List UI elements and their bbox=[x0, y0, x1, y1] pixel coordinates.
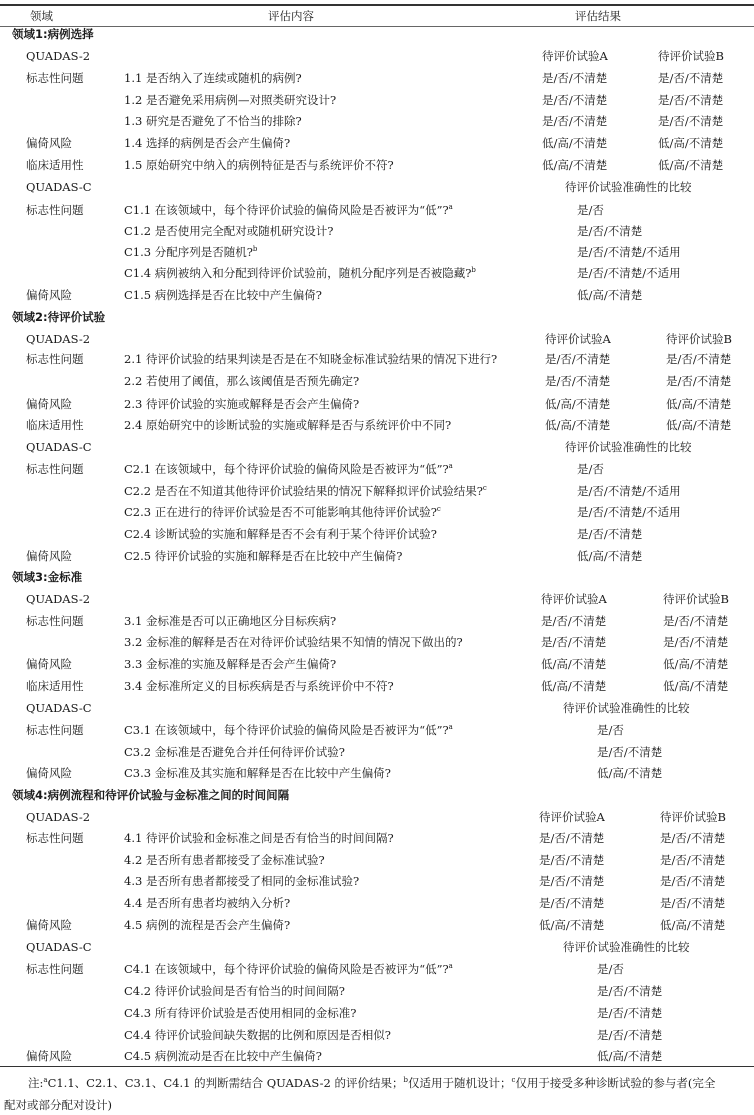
question-text: C1.2 是否使用完全配对或随机研究设计? bbox=[124, 221, 333, 241]
table-row: 偏倚风险 C2.5 待评价试验的实施和解释是否在比较中产生偏倚? 低/高/不清楚 bbox=[0, 546, 754, 566]
answer-b: 低/高/不清楚 bbox=[658, 133, 723, 153]
question-text: 2.3 待评价试验的实施或解释是否会产生偏倚? bbox=[124, 394, 359, 414]
column-comparison: 待评价试验准确性的比较 bbox=[563, 698, 690, 718]
tool-label: QUADAS-2 bbox=[26, 329, 90, 349]
column-test-a: 待评价试验A bbox=[539, 807, 605, 827]
table-row: 标志性问题 4.1 待评价试验和金标准之间是否有恰当的时间间隔? 是/否/不清楚… bbox=[0, 828, 754, 848]
table-row: 3.2 金标准的解释是否在对待评价试验结果不知情的情况下做出的? 是/否/不清楚… bbox=[0, 632, 754, 652]
table-row: C3.2 金标准是否避免合并任何待评价试验? 是/否/不清楚 bbox=[0, 742, 754, 762]
answer-comparison: 是/否 bbox=[597, 959, 624, 979]
question-text: C1.5 病例选择是否在比较中产生偏倚? bbox=[124, 285, 322, 305]
table-row: 临床适用性 3.4 金标准所定义的目标疾病是否与系统评价中不符? 低/高/不清楚… bbox=[0, 676, 754, 696]
domain-2-quadasc-row: QUADAS-C 待评价试验准确性的比较 bbox=[0, 437, 754, 457]
table-row: C2.4 诊断试验的实施和解释是否不会有利于某个待评价试验? 是/否/不清楚 bbox=[0, 524, 754, 544]
domain-4-quadasc-row: QUADAS-C 待评价试验准确性的比较 bbox=[0, 937, 754, 957]
column-comparison: 待评价试验准确性的比较 bbox=[565, 177, 692, 197]
question-text: C1.4 病例被纳入和分配到待评价试验前，随机分配序列是否被隐藏?b bbox=[124, 263, 476, 283]
domain-title: 领域2:待评价试验 bbox=[12, 307, 105, 327]
answer-a: 低/高/不清楚 bbox=[542, 133, 607, 153]
header-domain: 领域 bbox=[30, 6, 53, 26]
table-row: 临床适用性 2.4 原始研究中的诊断试验的实施或解释是否与系统评价中不同? 低/… bbox=[0, 415, 754, 435]
answer-a: 低/高/不清楚 bbox=[539, 915, 604, 935]
answer-a: 是/否/不清楚 bbox=[539, 893, 604, 913]
answer-a: 是/否/不清楚 bbox=[539, 871, 604, 891]
table-row: 偏倚风险 4.5 病例的流程是否会产生偏倚? 低/高/不清楚 低/高/不清楚 bbox=[0, 915, 754, 935]
question-text: 4.1 待评价试验和金标准之间是否有恰当的时间间隔? bbox=[124, 828, 394, 848]
question-text: 1.5 原始研究中纳入的病例特征是否与系统评价不符? bbox=[124, 155, 394, 175]
category-label: 标志性问题 bbox=[26, 959, 84, 979]
category-label: 标志性问题 bbox=[26, 200, 84, 220]
answer-comparison: 是/否 bbox=[577, 459, 604, 479]
answer-b: 低/高/不清楚 bbox=[660, 915, 725, 935]
question-text: C4.2 待评价试验间是否有恰当的时间间隔? bbox=[124, 981, 345, 1001]
answer-a: 是/否/不清楚 bbox=[542, 68, 607, 88]
category-label: 偏倚风险 bbox=[26, 546, 72, 566]
table-row: C1.3 分配序列是否随机?b 是/否/不清楚/不适用 bbox=[0, 242, 754, 262]
table-row: 偏倚风险 C1.5 病例选择是否在比较中产生偏倚? 低/高/不清楚 bbox=[0, 285, 754, 305]
question-text: C3.3 金标准及其实施和解释是否在比较中产生偏倚? bbox=[124, 763, 391, 783]
answer-b: 低/高/不清楚 bbox=[666, 415, 731, 435]
tool-label: QUADAS-C bbox=[26, 698, 92, 718]
answer-a: 是/否/不清楚 bbox=[541, 611, 606, 631]
category-label: 偏倚风险 bbox=[26, 285, 72, 305]
domain-3-quadasc-row: QUADAS-C 待评价试验准确性的比较 bbox=[0, 698, 754, 718]
answer-a: 低/高/不清楚 bbox=[541, 676, 606, 696]
answer-a: 低/高/不清楚 bbox=[542, 155, 607, 175]
question-text: 1.2 是否避免采用病例—对照类研究设计? bbox=[124, 90, 336, 110]
answer-a: 是/否/不清楚 bbox=[545, 349, 610, 369]
answer-b: 是/否/不清楚 bbox=[660, 828, 725, 848]
table-row: 临床适用性 1.5 原始研究中纳入的病例特征是否与系统评价不符? 低/高/不清楚… bbox=[0, 155, 754, 175]
header-content: 评估内容 bbox=[268, 6, 314, 26]
column-test-a: 待评价试验A bbox=[541, 589, 607, 609]
category-label: 偏倚风险 bbox=[26, 763, 72, 783]
question-text: C4.4 待评价试验间缺失数据的比例和原因是否相似? bbox=[124, 1025, 391, 1045]
question-text: 1.3 研究是否避免了不恰当的排除? bbox=[124, 111, 302, 131]
category-label: 偏倚风险 bbox=[26, 654, 72, 674]
table-row: 标志性问题 1.1 是否纳入了连续或随机的病例? 是/否/不清楚 是/否/不清楚 bbox=[0, 68, 754, 88]
table-row: C4.3 所有待评价试验是否使用相同的金标准? 是/否/不清楚 bbox=[0, 1003, 754, 1023]
answer-comparison: 是/否/不清楚/不适用 bbox=[577, 502, 681, 522]
answer-a: 是/否/不清楚 bbox=[541, 632, 606, 652]
column-comparison: 待评价试验准确性的比较 bbox=[565, 437, 692, 457]
answer-comparison: 是/否/不清楚 bbox=[577, 221, 642, 241]
table-row: 2.2 若使用了阈值，那么该阈值是否预先确定? 是/否/不清楚 是/否/不清楚 bbox=[0, 371, 754, 391]
category-label: 标志性问题 bbox=[26, 611, 84, 631]
answer-comparison: 低/高/不清楚 bbox=[597, 763, 662, 783]
answer-b: 是/否/不清楚 bbox=[663, 611, 728, 631]
question-text: C2.2 是否在不知道其他待评价试验结果的情况下解释拟评价试验结果?c bbox=[124, 481, 487, 501]
domain-title: 领域1:病例选择 bbox=[12, 24, 94, 44]
domain-3-quadas2-row: QUADAS-2 待评价试验A 待评价试验B bbox=[0, 589, 754, 609]
question-text: C1.3 分配序列是否随机?b bbox=[124, 242, 257, 262]
answer-a: 是/否/不清楚 bbox=[539, 828, 604, 848]
answer-a: 是/否/不清楚 bbox=[542, 90, 607, 110]
answer-comparison: 是/否 bbox=[597, 720, 624, 740]
question-text: C2.3 正在进行的待评价试验是否不可能影响其他待评价试验?c bbox=[124, 502, 441, 522]
category-label: 临床适用性 bbox=[26, 155, 84, 175]
question-text: 2.1 待评价试验的结果判读是否是在不知晓金标准试验结果的情况下进行? bbox=[124, 349, 497, 369]
question-text: C4.3 所有待评价试验是否使用相同的金标准? bbox=[124, 1003, 356, 1023]
answer-b: 低/高/不清楚 bbox=[663, 676, 728, 696]
table-row: C2.3 正在进行的待评价试验是否不可能影响其他待评价试验?c 是/否/不清楚/… bbox=[0, 502, 754, 522]
table-row: C1.4 病例被纳入和分配到待评价试验前，随机分配序列是否被隐藏?b 是/否/不… bbox=[0, 263, 754, 283]
category-label: 标志性问题 bbox=[26, 68, 84, 88]
question-text: C3.2 金标准是否避免合并任何待评价试验? bbox=[124, 742, 345, 762]
question-text: 4.3 是否所有患者都接受了相同的金标准试验? bbox=[124, 871, 359, 891]
question-text: C2.5 待评价试验的实施和解释是否在比较中产生偏倚? bbox=[124, 546, 402, 566]
answer-comparison: 是/否 bbox=[577, 200, 604, 220]
question-text: C2.4 诊断试验的实施和解释是否不会有利于某个待评价试验? bbox=[124, 524, 437, 544]
domain-title: 领域3:金标准 bbox=[12, 567, 82, 587]
column-test-b: 待评价试验B bbox=[658, 46, 724, 66]
answer-b: 低/高/不清楚 bbox=[666, 394, 731, 414]
answer-b: 是/否/不清楚 bbox=[666, 349, 731, 369]
question-text: 1.4 选择的病例是否会产生偏倚? bbox=[124, 133, 290, 153]
answer-comparison: 是/否/不清楚/不适用 bbox=[577, 242, 681, 262]
answer-comparison: 是/否/不清楚/不适用 bbox=[577, 263, 681, 283]
table-footnote-continuation: 配对或部分配对设计) bbox=[4, 1094, 754, 1115]
question-text: 2.2 若使用了阈值，那么该阈值是否预先确定? bbox=[124, 371, 359, 391]
domain-title: 领域4:病例流程和待评价试验与金标准之间的时间间隔 bbox=[12, 785, 289, 805]
answer-b: 是/否/不清楚 bbox=[660, 893, 725, 913]
tool-label: QUADAS-2 bbox=[26, 807, 90, 827]
category-label: 偏倚风险 bbox=[26, 915, 72, 935]
domain-4-quadas2-row: QUADAS-2 待评价试验A 待评价试验B bbox=[0, 807, 754, 827]
domain-1-quadasc-row: QUADAS-C 待评价试验准确性的比较 bbox=[0, 177, 754, 197]
answer-a: 是/否/不清楚 bbox=[545, 371, 610, 391]
answer-b: 是/否/不清楚 bbox=[658, 111, 723, 131]
domain-3-title-row: 领域3:金标准 bbox=[0, 567, 754, 587]
table-row: 标志性问题 C4.1 在该领域中，每个待评价试验的偏倚风险是否被评为“低”?a … bbox=[0, 959, 754, 979]
answer-b: 是/否/不清楚 bbox=[660, 871, 725, 891]
answer-a: 低/高/不清楚 bbox=[541, 654, 606, 674]
answer-a: 低/高/不清楚 bbox=[545, 415, 610, 435]
question-text: C3.1 在该领域中，每个待评价试验的偏倚风险是否被评为“低”?a bbox=[124, 720, 453, 740]
table-bottom-rule bbox=[0, 1066, 754, 1067]
table-row: 偏倚风险 C3.3 金标准及其实施和解释是否在比较中产生偏倚? 低/高/不清楚 bbox=[0, 763, 754, 783]
table-row: 偏倚风险 1.4 选择的病例是否会产生偏倚? 低/高/不清楚 低/高/不清楚 bbox=[0, 133, 754, 153]
answer-a: 是/否/不清楚 bbox=[539, 850, 604, 870]
question-text: 4.2 是否所有患者都接受了金标准试验? bbox=[124, 850, 325, 870]
domain-2-quadas2-row: QUADAS-2 待评价试验A 待评价试验B bbox=[0, 329, 754, 349]
answer-b: 是/否/不清楚 bbox=[663, 632, 728, 652]
category-label: 偏倚风险 bbox=[26, 133, 72, 153]
answer-b: 是/否/不清楚 bbox=[658, 90, 723, 110]
question-text: 3.1 金标准是否可以正确地区分目标疾病? bbox=[124, 611, 336, 631]
question-text: 2.4 原始研究中的诊断试验的实施或解释是否与系统评价中不同? bbox=[124, 415, 451, 435]
question-text: 4.4 是否所有患者均被纳入分析? bbox=[124, 893, 290, 913]
table-row: C1.2 是否使用完全配对或随机研究设计? 是/否/不清楚 bbox=[0, 221, 754, 241]
question-text: 3.4 金标准所定义的目标疾病是否与系统评价中不符? bbox=[124, 676, 394, 696]
tool-label: QUADAS-2 bbox=[26, 46, 90, 66]
answer-b: 低/高/不清楚 bbox=[663, 654, 728, 674]
column-test-a: 待评价试验A bbox=[545, 329, 611, 349]
table-row: 偏倚风险 3.3 金标准的实施及解释是否会产生偏倚? 低/高/不清楚 低/高/不… bbox=[0, 654, 754, 674]
table-row: 4.3 是否所有患者都接受了相同的金标准试验? 是/否/不清楚 是/否/不清楚 bbox=[0, 871, 754, 891]
question-text: 3.2 金标准的解释是否在对待评价试验结果不知情的情况下做出的? bbox=[124, 632, 463, 652]
question-text: C4.5 病例流动是否在比较中产生偏倚? bbox=[124, 1046, 322, 1066]
domain-2-title-row: 领域2:待评价试验 bbox=[0, 307, 754, 327]
question-text: 1.1 是否纳入了连续或随机的病例? bbox=[124, 68, 302, 88]
column-test-b: 待评价试验B bbox=[660, 807, 726, 827]
answer-comparison: 是/否/不清楚 bbox=[597, 981, 662, 1001]
column-test-a: 待评价试验A bbox=[542, 46, 608, 66]
table-row: 标志性问题 C2.1 在该领域中，每个待评价试验的偏倚风险是否被评为“低”?a … bbox=[0, 459, 754, 479]
answer-comparison: 是/否/不清楚 bbox=[577, 524, 642, 544]
column-test-b: 待评价试验B bbox=[666, 329, 732, 349]
category-label: 标志性问题 bbox=[26, 459, 84, 479]
table-header: 领域 评估内容 评估结果 bbox=[0, 6, 754, 26]
answer-b: 是/否/不清楚 bbox=[660, 850, 725, 870]
table-row: 1.3 研究是否避免了不恰当的排除? 是/否/不清楚 是/否/不清楚 bbox=[0, 111, 754, 131]
category-label: 临床适用性 bbox=[26, 415, 84, 435]
tool-label: QUADAS-C bbox=[26, 177, 92, 197]
tool-label: QUADAS-C bbox=[26, 437, 92, 457]
question-text: C1.1 在该领域中，每个待评价试验的偏倚风险是否被评为“低”?a bbox=[124, 200, 453, 220]
table-row: 标志性问题 2.1 待评价试验的结果判读是否是在不知晓金标准试验结果的情况下进行… bbox=[0, 349, 754, 369]
category-label: 偏倚风险 bbox=[26, 1046, 72, 1066]
category-label: 标志性问题 bbox=[26, 349, 84, 369]
category-label: 临床适用性 bbox=[26, 676, 84, 696]
answer-comparison: 低/高/不清楚 bbox=[577, 285, 642, 305]
answer-b: 是/否/不清楚 bbox=[658, 68, 723, 88]
table-row: C4.4 待评价试验间缺失数据的比例和原因是否相似? 是/否/不清楚 bbox=[0, 1025, 754, 1045]
question-text: 3.3 金标准的实施及解释是否会产生偏倚? bbox=[124, 654, 336, 674]
question-text: 4.5 病例的流程是否会产生偏倚? bbox=[124, 915, 290, 935]
table-row: C4.2 待评价试验间是否有恰当的时间间隔? 是/否/不清楚 bbox=[0, 981, 754, 1001]
table-row: 1.2 是否避免采用病例—对照类研究设计? 是/否/不清楚 是/否/不清楚 bbox=[0, 90, 754, 110]
domain-1-quadas2-row: QUADAS-2 待评价试验A 待评价试验B bbox=[0, 46, 754, 66]
table-row: 标志性问题 C1.1 在该领域中，每个待评价试验的偏倚风险是否被评为“低”?a … bbox=[0, 200, 754, 220]
question-text: C2.1 在该领域中，每个待评价试验的偏倚风险是否被评为“低”?a bbox=[124, 459, 453, 479]
table-row: 标志性问题 C3.1 在该领域中，每个待评价试验的偏倚风险是否被评为“低”?a … bbox=[0, 720, 754, 740]
table-row: 偏倚风险 2.3 待评价试验的实施或解释是否会产生偏倚? 低/高/不清楚 低/高… bbox=[0, 394, 754, 414]
answer-a: 是/否/不清楚 bbox=[542, 111, 607, 131]
answer-comparison: 是/否/不清楚 bbox=[597, 1025, 662, 1045]
table-row: 4.4 是否所有患者均被纳入分析? 是/否/不清楚 是/否/不清楚 bbox=[0, 893, 754, 913]
answer-b: 是/否/不清楚 bbox=[666, 371, 731, 391]
table-row: C2.2 是否在不知道其他待评价试验结果的情况下解释拟评价试验结果?c 是/否/… bbox=[0, 481, 754, 501]
table-row: 偏倚风险 C4.5 病例流动是否在比较中产生偏倚? 低/高/不清楚 bbox=[0, 1046, 754, 1066]
answer-a: 低/高/不清楚 bbox=[545, 394, 610, 414]
domain-4-title-row: 领域4:病例流程和待评价试验与金标准之间的时间间隔 bbox=[0, 785, 754, 805]
table-row: 4.2 是否所有患者都接受了金标准试验? 是/否/不清楚 是/否/不清楚 bbox=[0, 850, 754, 870]
tool-label: QUADAS-2 bbox=[26, 589, 90, 609]
table-row: 标志性问题 3.1 金标准是否可以正确地区分目标疾病? 是/否/不清楚 是/否/… bbox=[0, 611, 754, 631]
answer-b: 低/高/不清楚 bbox=[658, 155, 723, 175]
answer-comparison: 是/否/不清楚 bbox=[597, 742, 662, 762]
answer-comparison: 低/高/不清楚 bbox=[577, 546, 642, 566]
answer-comparison: 是/否/不清楚/不适用 bbox=[577, 481, 681, 501]
domain-1-title-row: 领域1:病例选择 bbox=[0, 24, 754, 44]
header-result: 评估结果 bbox=[575, 6, 621, 26]
category-label: 偏倚风险 bbox=[26, 394, 72, 414]
column-test-b: 待评价试验B bbox=[663, 589, 729, 609]
category-label: 标志性问题 bbox=[26, 720, 84, 740]
question-text: C4.1 在该领域中，每个待评价试验的偏倚风险是否被评为“低”?a bbox=[124, 959, 453, 979]
answer-comparison: 是/否/不清楚 bbox=[597, 1003, 662, 1023]
tool-label: QUADAS-C bbox=[26, 937, 92, 957]
table-footnote: 注:aC1.1、C2.1、C3.1、C4.1 的判断需结合 QUADAS-2 的… bbox=[0, 1072, 754, 1094]
answer-comparison: 低/高/不清楚 bbox=[597, 1046, 662, 1066]
column-comparison: 待评价试验准确性的比较 bbox=[563, 937, 690, 957]
category-label: 标志性问题 bbox=[26, 828, 84, 848]
